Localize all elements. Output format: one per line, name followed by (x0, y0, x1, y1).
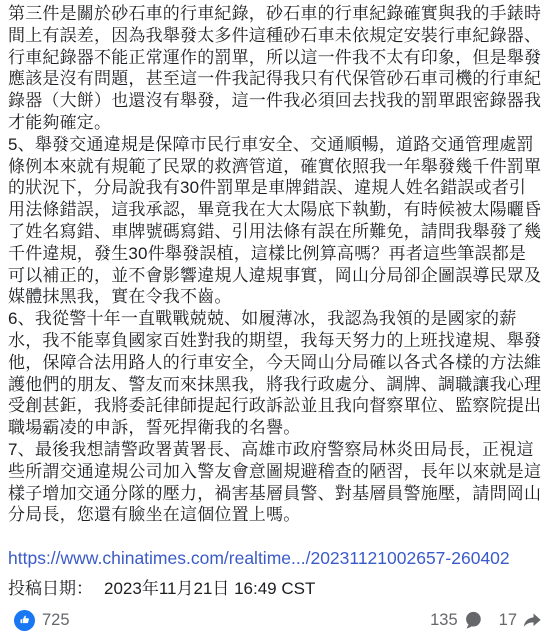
comment-share-group: 135 17 (430, 609, 542, 631)
like-count: 725 (42, 609, 70, 631)
post-paragraph: 5、舉發交通違規是保障市民行車安全、交通順暢，道路交通管理處罰條例本來就有規範了… (8, 134, 542, 308)
share-count-group[interactable]: 17 (499, 609, 542, 631)
facebook-post: 第三件是關於砂石車的行車紀錄，砂石車的行車紀錄確實與我的手錶時間上有誤差，因為我… (0, 0, 550, 640)
speech-bubble-icon (463, 610, 483, 630)
link-line: https://www.chinatimes.com/realtime.../2… (0, 547, 550, 569)
post-text-block: 第三件是關於砂石車的行車紀錄，砂石車的行車紀錄確實與我的手錶時間上有誤差，因為我… (0, 0, 550, 539)
post-date-value: 2023年11月21日 16:49 CST (104, 579, 315, 598)
post-date-line: 投稿日期：2023年11月21日 16:49 CST (0, 578, 550, 600)
article-link[interactable]: https://www.chinatimes.com/realtime.../2… (8, 548, 510, 568)
post-paragraph: 7、最後我想請警政署黃署長、高雄市政府警察局林炎田局長，正視這些所謂交通違規公司… (8, 439, 542, 526)
share-arrow-icon (522, 610, 542, 630)
post-paragraph: 6、我從警十年一直戰戰兢兢、如履薄冰，我認為我領的是國家的薪水，我不能辜負國家百… (8, 308, 542, 439)
comment-count: 135 (430, 609, 458, 631)
comment-count-group[interactable]: 135 (430, 609, 483, 631)
post-date-label: 投稿日期： (8, 579, 93, 598)
thumbs-up-icon (14, 610, 35, 631)
post-paragraph: 第三件是關於砂石車的行車紀錄，砂石車的行車紀錄確實與我的手錶時間上有誤差，因為我… (8, 3, 542, 134)
reaction-bar: 725 135 17 (0, 609, 550, 631)
like-count-group[interactable]: 725 (14, 609, 70, 631)
share-count: 17 (499, 609, 517, 631)
